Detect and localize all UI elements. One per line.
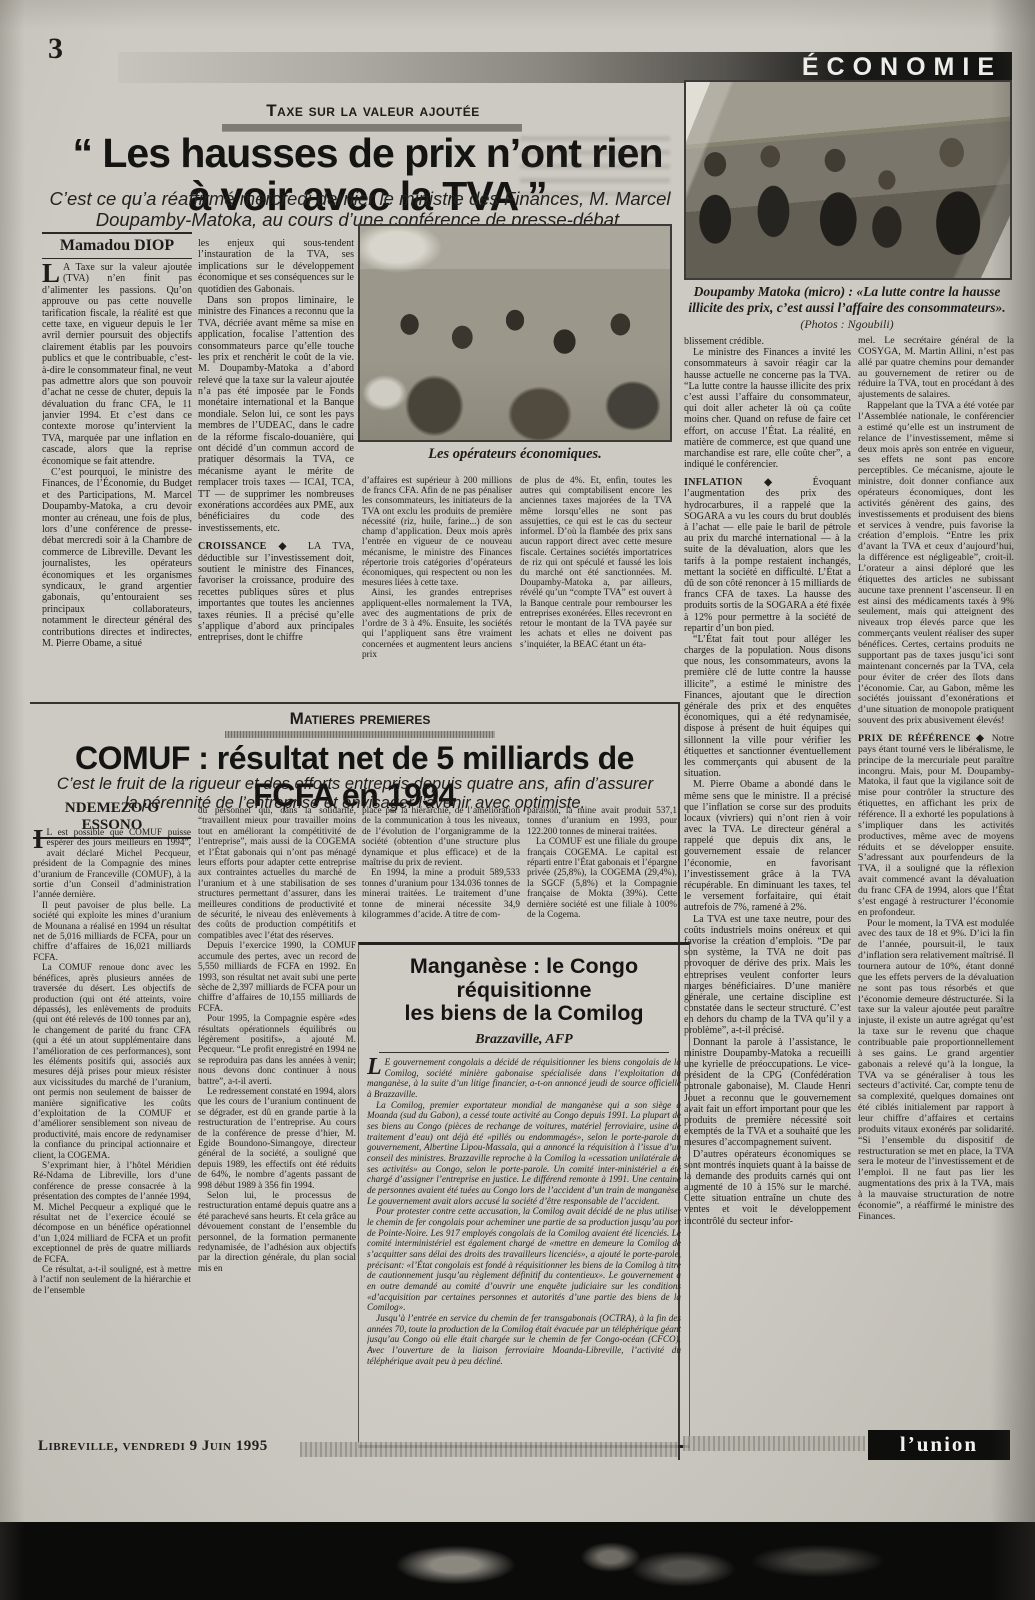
- manganese-headline-line1: Manganèse : le Congo réquisitionne: [365, 955, 683, 1002]
- print-bleedthrough: [520, 136, 670, 196]
- drop-cap: L: [42, 262, 63, 284]
- body-paragraph: blissement crédible.: [684, 336, 851, 347]
- body-paragraph: La COMUF est une filiale du groupe franç…: [527, 837, 677, 920]
- tva-column-1: LA Taxe sur la valeur ajoutée (TVA) n’en…: [42, 262, 192, 700]
- body-paragraph: INFLATION ◆ Évoquant l’augmentation des …: [684, 477, 851, 634]
- body-paragraph: PRIX DE RÉFÉRENCE ◆ Notre pays étant tou…: [858, 734, 1014, 919]
- photo-caption-audience: Les opérateurs économiques.: [358, 446, 672, 463]
- tva-column-6: mel. Le secrétaire général de la COSYGA,…: [858, 336, 1014, 1426]
- comuf-kicker: Matieres premieres: [210, 709, 510, 729]
- body-paragraph: Le ministre des Finances a invité les co…: [684, 347, 851, 470]
- tva-kicker: Taxe sur la valeur ajoutée: [218, 101, 528, 121]
- body-paragraph: Dans son propos liminaire, le ministre d…: [198, 295, 354, 534]
- page-number: 3: [48, 32, 63, 66]
- section-title: ÉCONOMIE: [802, 53, 1002, 82]
- body-paragraph: d’affaires est supérieur à 200 millions …: [362, 476, 512, 588]
- newspaper-page: 3 ÉCONOMIE Taxe sur la valeur ajoutée “ …: [0, 0, 1035, 1600]
- masthead-logo: l’union: [868, 1430, 1010, 1460]
- comuf-column-1: IL est possible que COMUF puisse espérer…: [33, 828, 191, 1426]
- footer-stripe-left: [300, 1442, 678, 1457]
- body-paragraph: Depuis l’exercice 1990, la COMUF accumul…: [198, 941, 356, 1014]
- drop-cap: I: [33, 828, 47, 850]
- body-paragraph: En 1994, la mine a produit 589,533 tonne…: [362, 868, 520, 920]
- manganese-byline: Brazzaville, AFP: [379, 1032, 669, 1053]
- comuf-column-2: du personnel qui, dans la solidarité, “t…: [198, 806, 356, 1434]
- tva-column-2: les enjeux qui sous-tendent l’instaurati…: [198, 238, 354, 700]
- manganese-headline-line2: les biens de la Comilog: [365, 1002, 683, 1026]
- photo-caption-main: Doupamby Matoka (micro) : «La lutte cont…: [678, 284, 1016, 316]
- body-paragraph: LA Taxe sur la valeur ajoutée (TVA) n’en…: [42, 262, 192, 467]
- audience-photo: [358, 224, 672, 442]
- body-paragraph: La TVA est une taxe neutre, pour des coû…: [684, 914, 851, 1037]
- body-paragraph: Ainsi, les grandes entreprises appliquen…: [362, 588, 512, 660]
- photo-credit: (Photos : Ngoubili): [678, 317, 1016, 332]
- body-paragraph: de plus de 4%. Et, enfin, toutes les aut…: [520, 476, 672, 650]
- body-paragraph: Selon lui, le processus de restructurati…: [198, 1191, 356, 1274]
- body-paragraph: place par la hiérarchie, de l’améliorati…: [362, 806, 520, 868]
- body-paragraph: Jusqu’à l’entrée en service du chemin de…: [367, 1313, 681, 1366]
- comuf-kicker-underline: [225, 731, 495, 738]
- body-paragraph: du personnel qui, dans la solidarité, “t…: [198, 806, 356, 941]
- section-divider-horizontal: [30, 702, 678, 704]
- body-paragraph: CROISSANCE ◆ LA TVA, déductible sur l’in…: [198, 541, 354, 644]
- comuf-column-4: paraison, la mine avait produit 537,1 to…: [527, 806, 677, 938]
- manganese-box: Manganèse : le Congo réquisitionne les b…: [358, 942, 690, 1448]
- scan-film-strip: [0, 1522, 1035, 1600]
- body-paragraph: IL est possible que COMUF puisse espérer…: [33, 828, 191, 901]
- body-paragraph: “L’État fait tout pour alléger les charg…: [684, 634, 851, 779]
- body-paragraph: Pour protester contre cette accusation, …: [367, 1206, 681, 1313]
- body-paragraph: LE gouvernement congolais a décidé de ré…: [367, 1057, 681, 1100]
- body-paragraph: C’est pourquoi, le ministre des Finances…: [42, 467, 192, 649]
- manganese-headline: Manganèse : le Congo réquisitionne les b…: [365, 955, 683, 1026]
- tva-column-5: blissement crédible.Le ministre des Fina…: [684, 336, 851, 1440]
- tva-column-4: de plus de 4%. Et, enfin, toutes les aut…: [520, 476, 672, 698]
- footer-stripe-right: [683, 1436, 865, 1451]
- body-paragraph: La COMUF renoue donc avec les bénéfices,…: [33, 963, 191, 1161]
- manganese-body: LE gouvernement congolais a décidé de ré…: [367, 1057, 681, 1419]
- body-paragraph: S’exprimant hier, à l’hôtel Méridien Ré-…: [33, 1161, 191, 1265]
- body-paragraph: M. Pierre Obame a abondé dans le même se…: [684, 779, 851, 913]
- paragraph-lead: CROISSANCE ◆: [198, 541, 308, 552]
- footer-date: Libreville, vendredi 9 Juin 1995: [38, 1438, 268, 1455]
- body-paragraph: Ce résultat, a-t-il souligné, est à mett…: [33, 1265, 191, 1296]
- body-paragraph: Pour 1995, la Compagnie espère «des résu…: [198, 1014, 356, 1087]
- body-paragraph: La Comilog, premier exportateur mondial …: [367, 1100, 681, 1207]
- body-paragraph: Pour le moment, la TVA est modulée avec …: [858, 919, 1014, 1223]
- paragraph-lead: PRIX DE RÉFÉRENCE ◆: [858, 733, 992, 744]
- comuf-column-3: place par la hiérarchie, de l’améliorati…: [362, 806, 520, 938]
- body-paragraph: D’autres opérateurs économiques se sont …: [684, 1149, 851, 1227]
- conference-panel-photo: [684, 80, 1012, 280]
- body-paragraph: Il peut pavoiser de plus belle. La socié…: [33, 901, 191, 963]
- body-paragraph: mel. Le secrétaire général de la COSYGA,…: [858, 336, 1014, 401]
- body-paragraph: paraison, la mine avait produit 537,1 to…: [527, 806, 677, 837]
- drop-cap: L: [367, 1057, 385, 1077]
- paragraph-lead: INFLATION ◆: [684, 477, 813, 488]
- tva-column-3: d’affaires est supérieur à 200 millions …: [362, 476, 512, 698]
- section-banner: ÉCONOMIE: [118, 52, 1012, 83]
- body-paragraph: les enjeux qui sous-tendent l’instaurati…: [198, 238, 354, 295]
- body-paragraph: Rappelant que la TVA a été votée par l’A…: [858, 401, 1014, 727]
- body-paragraph: Le redressement constaté en 1994, alors …: [198, 1087, 356, 1191]
- body-paragraph: Donnant la parole à l’assistance, le min…: [684, 1037, 851, 1149]
- tva-byline: Mamadou DIOP: [42, 232, 192, 259]
